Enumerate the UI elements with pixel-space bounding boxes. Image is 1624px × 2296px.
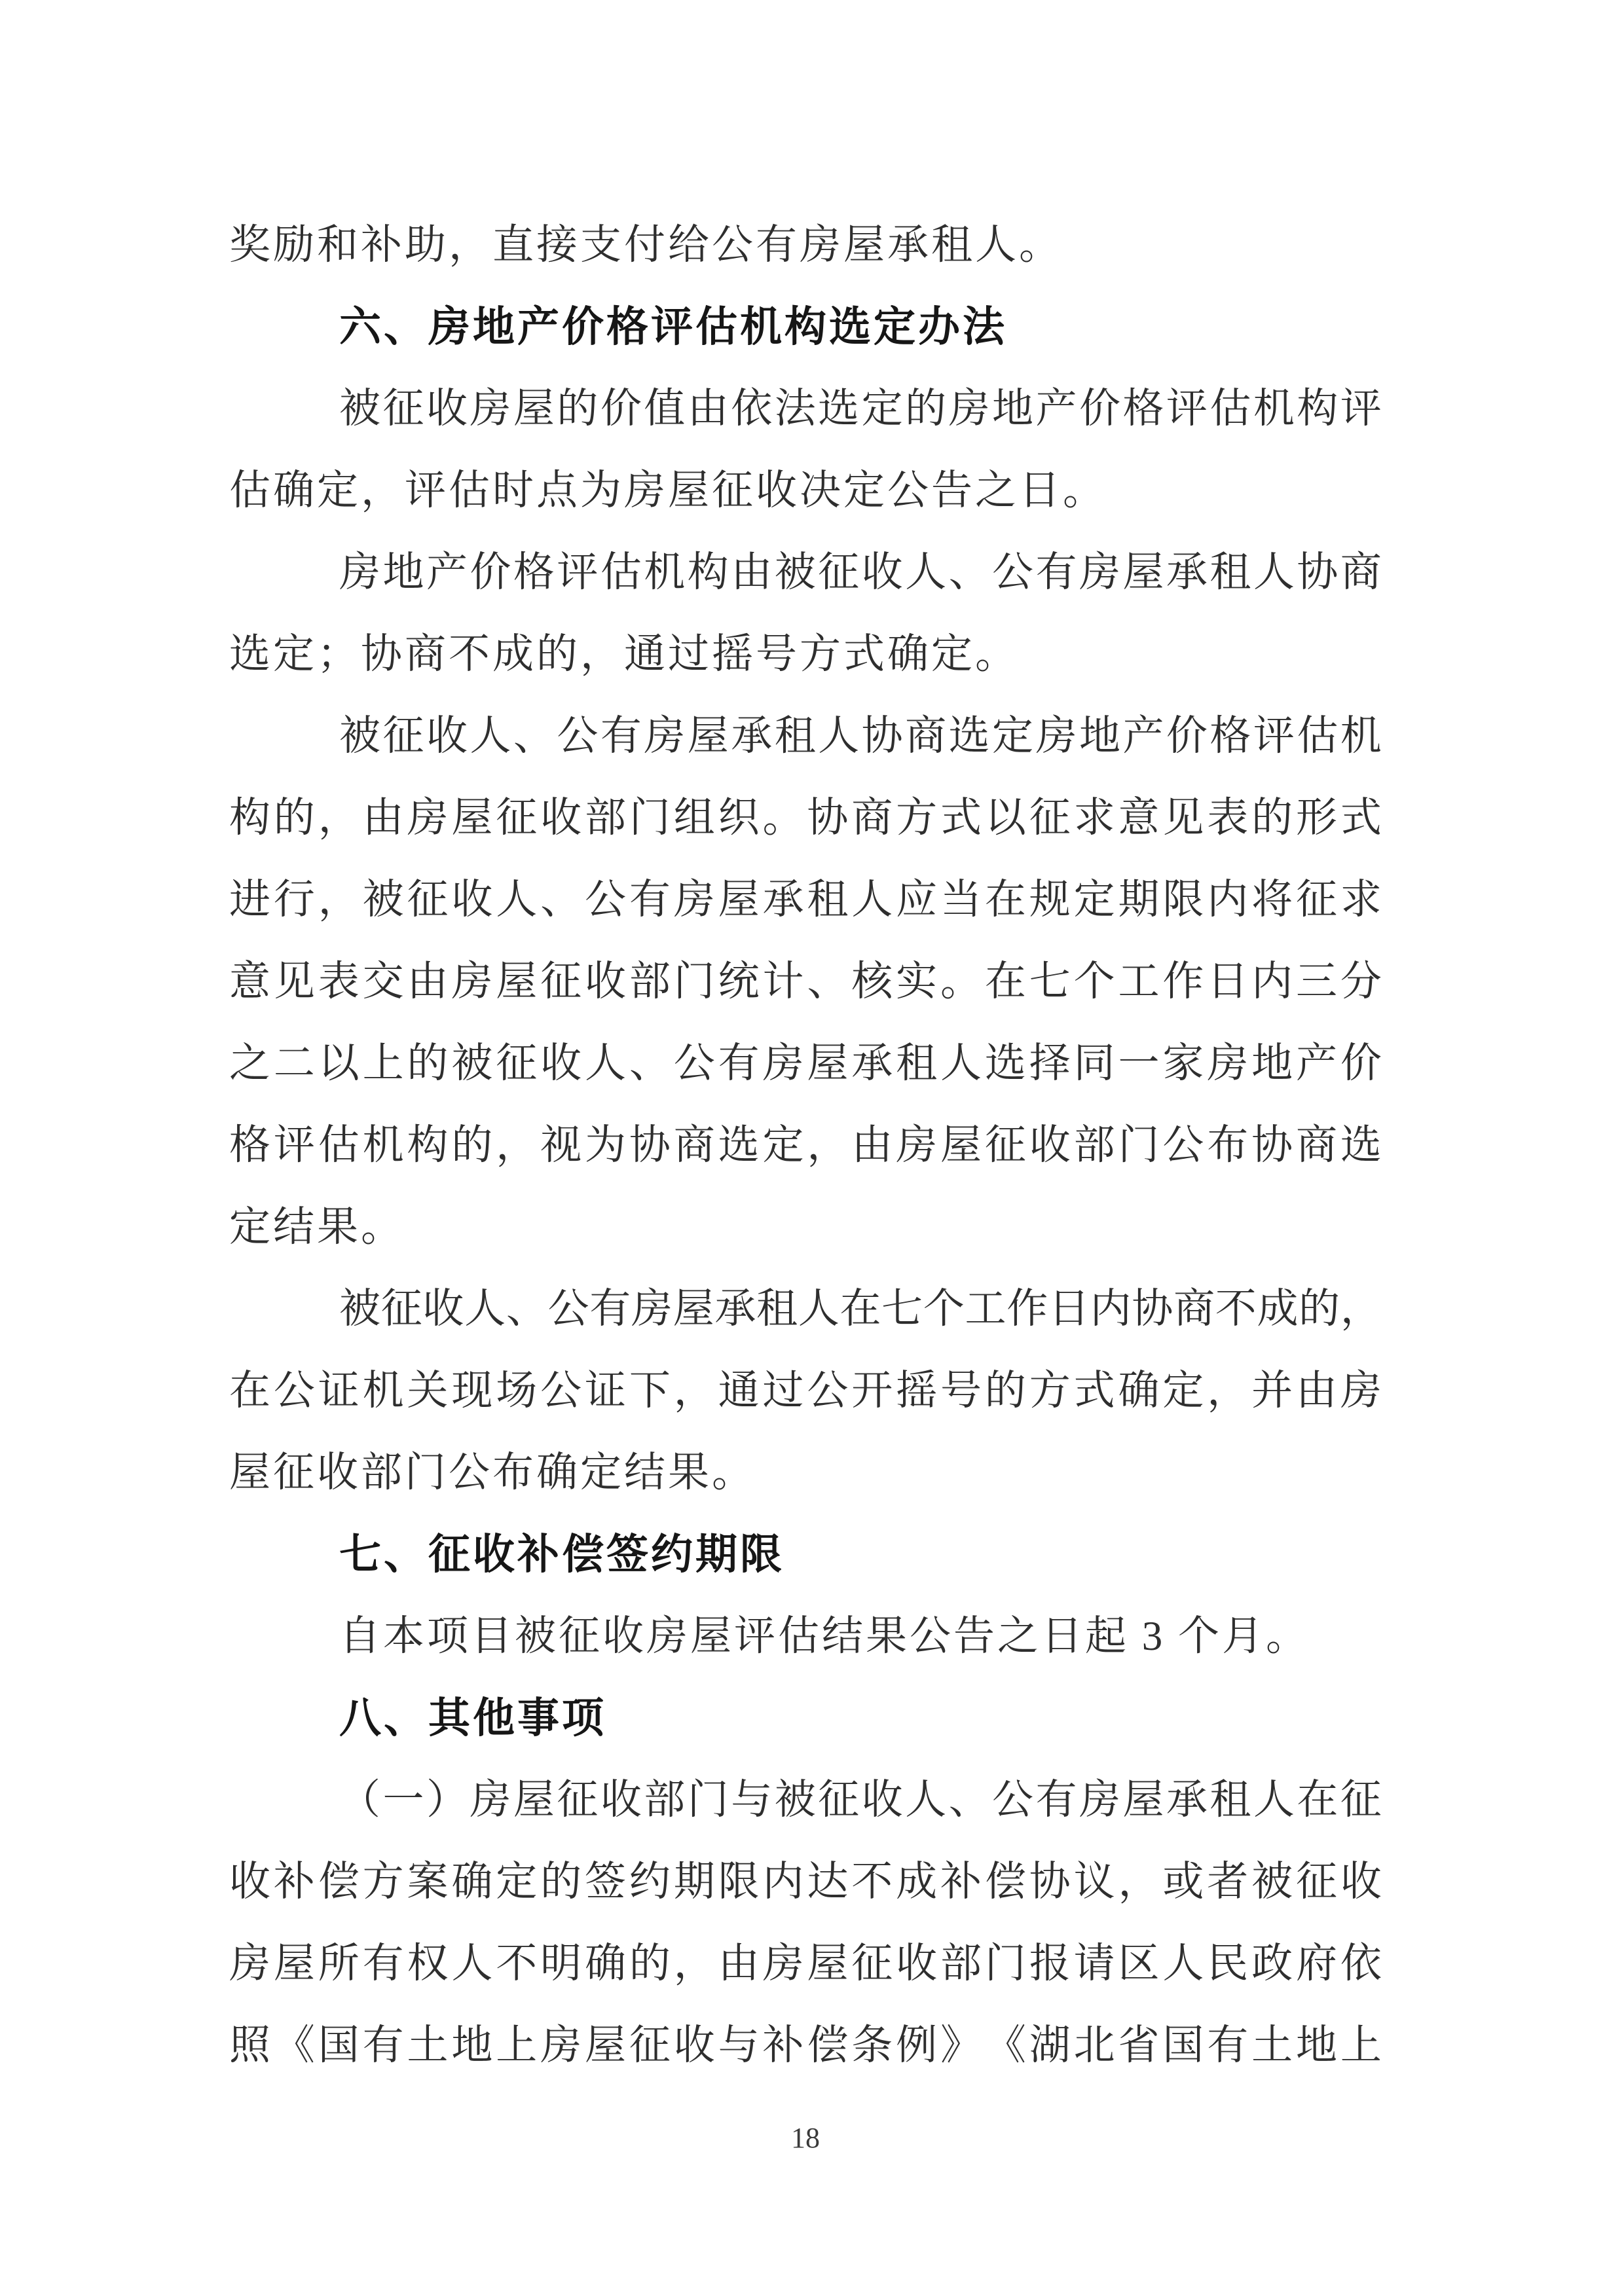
body-line: 房屋所有权人不明确的，由房屋征收部门报请区人民政府依 [229, 1923, 1382, 2005]
body-line: 被征收人、公有房屋承租人协商选定房地产价格评估机 [339, 695, 1382, 777]
character: 或 [1162, 1841, 1204, 1923]
character: 补 [763, 2005, 804, 2086]
character: 商 [1296, 1104, 1337, 1186]
character: 机 [1253, 368, 1295, 450]
character: 进 [229, 859, 270, 941]
character: 确 [585, 1923, 626, 2005]
character: 征 [382, 695, 424, 777]
character: 构 [407, 1104, 449, 1186]
character: 协 [807, 777, 848, 859]
character: 房 [229, 1923, 270, 2005]
character: 分 [1340, 941, 1382, 1023]
character: 式 [940, 777, 982, 859]
character: 评 [557, 532, 598, 613]
character: 偿 [318, 1841, 360, 1923]
character: 房 [763, 1023, 804, 1104]
character: 、 [506, 1268, 547, 1350]
character: 由 [851, 1104, 893, 1186]
character: 有 [363, 1923, 404, 2005]
body-line: （一）房屋征收部门与被征收人、公有房屋承租人在征 [339, 1759, 1382, 1841]
character: 机 [363, 1104, 404, 1186]
character: 人 [905, 532, 946, 613]
character: 确 [451, 1841, 492, 1923]
character: 价 [600, 368, 642, 450]
character: 应 [896, 859, 937, 941]
character: 签 [585, 1841, 626, 1923]
character: 评 [1166, 368, 1208, 450]
character: 部 [585, 777, 626, 859]
character: 收 [540, 1023, 581, 1104]
character: 公 [540, 1350, 581, 1432]
character: 在 [985, 859, 1026, 941]
character: 收 [1340, 1841, 1382, 1923]
character: 机 [1340, 695, 1382, 777]
character: 屋 [513, 1759, 555, 1841]
character: 产 [426, 532, 468, 613]
character: 成 [1257, 1268, 1298, 1350]
character: 评 [1340, 368, 1382, 450]
character: 的 [274, 777, 315, 859]
character: 构 [229, 777, 270, 859]
character: 征 [557, 1759, 598, 1841]
character: 《 [274, 2005, 315, 2086]
character: 征 [540, 941, 581, 1023]
character: 由 [1296, 1350, 1337, 1432]
character: 。 [940, 941, 982, 1023]
character: 有 [718, 1023, 760, 1104]
character: 被 [775, 532, 816, 613]
character: 征 [382, 368, 424, 450]
character: 商 [1340, 532, 1382, 613]
character: 择 [1029, 1023, 1071, 1104]
character: 限 [1162, 859, 1204, 941]
character: 收 [862, 532, 903, 613]
character: 二 [274, 1023, 315, 1104]
character: 的 [557, 368, 598, 450]
character: 同 [1074, 1023, 1115, 1104]
character: 形 [1296, 777, 1337, 859]
character: 机 [363, 1350, 404, 1432]
character: 补 [940, 1841, 982, 1923]
character: 见 [1162, 777, 1204, 859]
character: 表 [1207, 777, 1248, 859]
character: 定 [862, 368, 903, 450]
character: 证 [318, 1350, 360, 1432]
character: 房 [1340, 1350, 1382, 1432]
character: 人 [451, 1923, 492, 2005]
character: 选 [949, 695, 990, 777]
character: 协 [1132, 1268, 1173, 1350]
character: 部 [629, 941, 671, 1023]
character: 房 [674, 859, 715, 941]
character: 公 [1162, 1104, 1204, 1186]
document-body: 奖励和补助，直接支付给公有房屋承租人。六、房地产价格评估机构选定办法被征收房屋的… [229, 204, 1382, 2086]
character: 成 [896, 1841, 937, 1923]
body-line: 在公证机关现场公证下，通过公开摇号的方式确定，并由房 [229, 1350, 1382, 1432]
character: 省 [1118, 2005, 1160, 2086]
character: 组 [674, 777, 715, 859]
character: 地 [1251, 1023, 1293, 1104]
character: 通 [718, 1350, 760, 1432]
character: 土 [407, 2005, 449, 2086]
character: 评 [274, 1104, 315, 1186]
character: 门 [674, 941, 715, 1023]
character: 估 [318, 1104, 360, 1186]
character: 、 [949, 532, 990, 613]
character: 的 [905, 368, 946, 450]
character: 房 [339, 532, 380, 613]
body-line: 估确定，评估时点为房屋征收决定公告之日。 [229, 450, 1382, 532]
character: 。 [763, 777, 804, 859]
character: 明 [540, 1923, 581, 2005]
character: 案 [407, 1841, 449, 1923]
character: 商 [674, 1104, 715, 1186]
character: 土 [1251, 2005, 1293, 2086]
character: 现 [451, 1350, 492, 1432]
character: 地 [1296, 2005, 1337, 2086]
character: 为 [585, 1104, 626, 1186]
character: 评 [1253, 695, 1295, 777]
character: 估 [600, 532, 642, 613]
character: 房 [407, 777, 449, 859]
character: 所 [318, 1923, 360, 2005]
character: 人 [798, 1268, 840, 1350]
character: 屋 [513, 368, 555, 450]
character: 承 [851, 1023, 893, 1104]
character: ， [807, 1104, 848, 1186]
character: 期 [674, 1841, 715, 1923]
character: 上 [496, 2005, 537, 2086]
character: 方 [1029, 1350, 1071, 1432]
character: 证 [585, 1350, 626, 1432]
character: 被 [339, 695, 380, 777]
character: ） [426, 1759, 468, 1841]
character: 实 [896, 941, 937, 1023]
body-line: 被征收房屋的价值由依法选定的房地产价格评估机构评 [339, 368, 1382, 450]
body-line: 进行，被征收人、公有房屋承租人应当在规定期限内将征求 [229, 859, 1382, 941]
character: 有 [1207, 2005, 1248, 2086]
character: 人 [851, 859, 893, 941]
character: 在 [985, 941, 1026, 1023]
character: 房 [763, 1923, 804, 2005]
character: 日 [1207, 941, 1248, 1023]
character: 屋 [451, 777, 492, 859]
character: 协 [1029, 1841, 1071, 1923]
character: 人 [496, 859, 537, 941]
character: 布 [1207, 1104, 1248, 1186]
character: 工 [1118, 941, 1160, 1023]
character: （ [339, 1759, 380, 1841]
character: 公 [557, 695, 598, 777]
character: 征 [496, 1023, 537, 1104]
character: 七 [881, 1268, 923, 1350]
character: 民 [1207, 1923, 1248, 2005]
character: 的 [540, 1841, 581, 1923]
character: 府 [1296, 1923, 1337, 2005]
character: 由 [688, 368, 729, 450]
character: 作 [1162, 941, 1204, 1023]
character: 协 [1251, 1104, 1293, 1186]
character: 人 [1253, 1759, 1295, 1841]
character: 产 [1122, 695, 1164, 777]
character: 期 [1118, 859, 1160, 941]
character: 屋 [673, 1268, 714, 1350]
character: 屋 [807, 1923, 848, 2005]
character: 个 [1074, 941, 1115, 1023]
character: 、 [629, 1023, 671, 1104]
character: 式 [1340, 777, 1382, 859]
character: 视 [540, 1104, 581, 1186]
character: 估 [1209, 368, 1251, 450]
character: 选 [818, 368, 859, 450]
character: 门 [629, 777, 671, 859]
character: 有 [629, 859, 671, 941]
character: 人 [1253, 532, 1295, 613]
character: 协 [1297, 532, 1338, 613]
character: 选 [985, 1023, 1026, 1104]
character: 公 [585, 859, 626, 941]
character: 在 [1297, 1759, 1338, 1841]
character: 被 [1251, 1841, 1293, 1923]
character: 部 [940, 1923, 982, 2005]
body-line: 被征收人、公有房屋承租人在七个工作日内协商不成的， [339, 1268, 1382, 1350]
character: 房 [1079, 532, 1120, 613]
character: 上 [1340, 2005, 1382, 2086]
character: 当 [940, 859, 982, 941]
character: 关 [407, 1350, 449, 1432]
document-page: 奖励和补助，直接支付给公有房屋承租人。六、房地产价格评估机构选定办法被征收房屋的… [0, 0, 1624, 2296]
page-number: 18 [229, 2121, 1382, 2155]
character: 收 [600, 1759, 642, 1841]
character: 被 [451, 1023, 492, 1104]
character: 房 [896, 1104, 937, 1186]
character: 将 [1251, 859, 1293, 941]
character: 征 [1296, 1841, 1337, 1923]
character: 上 [363, 1023, 404, 1104]
character: 公 [807, 1350, 848, 1432]
character: 部 [644, 1759, 685, 1841]
character: 湖 [1029, 2005, 1071, 2086]
character: 门 [985, 1923, 1026, 2005]
character: 、 [949, 1759, 990, 1841]
character: 北 [1074, 2005, 1115, 2086]
character: 约 [629, 1841, 671, 1923]
character: 之 [229, 1023, 270, 1104]
character: 估 [1297, 695, 1338, 777]
character: 的 [451, 1104, 492, 1186]
character: 不 [1215, 1268, 1257, 1350]
character: 公 [992, 532, 1033, 613]
character: 房 [1079, 1759, 1120, 1841]
character: 条 [851, 2005, 893, 2086]
character: ， [318, 777, 360, 859]
character: 定 [496, 1841, 537, 1923]
character: 门 [1118, 1104, 1160, 1186]
character: 收 [422, 1268, 464, 1350]
character: 房 [1207, 1023, 1248, 1104]
character: 七 [1029, 941, 1071, 1023]
character: 核 [851, 941, 893, 1023]
character: 承 [1166, 532, 1208, 613]
character: 下 [629, 1350, 671, 1432]
character: 由 [731, 532, 772, 613]
character: 被 [339, 368, 380, 450]
character: ， [318, 859, 360, 941]
section-heading: 六、房地产价格评估机构选定办法 [229, 286, 1382, 368]
body-line: 自本项目被征收房屋评估结果公告之日起 3 个月。 [229, 1595, 1382, 1677]
character: 人 [818, 695, 859, 777]
character: 人 [585, 1023, 626, 1104]
character: 内 [1251, 941, 1293, 1023]
character: 构 [688, 532, 729, 613]
character: 例 [896, 2005, 937, 2086]
body-line: 构的，由房屋征收部门组织。协商方式以征求意见表的形式 [229, 777, 1382, 859]
character: 者 [1207, 1841, 1248, 1923]
character: 由 [407, 941, 449, 1023]
character: ， [1340, 1268, 1382, 1350]
character: 有 [1036, 1759, 1077, 1841]
character: 收 [426, 368, 468, 450]
character: 内 [1090, 1268, 1132, 1350]
character: 请 [1074, 1923, 1115, 2005]
character: 征 [1296, 859, 1337, 941]
character: 房 [949, 368, 990, 450]
character: 房 [470, 368, 511, 450]
character: 交 [363, 941, 404, 1023]
character: 屋 [1122, 1759, 1164, 1841]
character: 租 [807, 859, 848, 941]
character: 承 [763, 859, 804, 941]
body-line: 奖励和补助，直接支付给公有房屋承租人。 [229, 204, 1382, 286]
character: 方 [896, 777, 937, 859]
character: 商 [851, 777, 893, 859]
character: 屋 [718, 859, 760, 941]
character: 》 [940, 2005, 982, 2086]
character: 屋 [807, 1023, 848, 1104]
character: 在 [840, 1268, 881, 1350]
character: 、 [807, 941, 848, 1023]
character: 人 [940, 1023, 982, 1104]
character: 公 [992, 1759, 1033, 1841]
character: 开 [851, 1350, 893, 1432]
character: 《 [985, 2005, 1026, 2086]
character: 报 [1029, 1923, 1071, 2005]
character: 商 [905, 695, 946, 777]
character: 选 [1340, 1104, 1382, 1186]
character: 的 [1251, 777, 1293, 859]
character: 收 [585, 941, 626, 1023]
character: 人 [905, 1759, 946, 1841]
character: 场 [496, 1350, 537, 1432]
character: 房 [470, 1759, 511, 1841]
character: 计 [763, 941, 804, 1023]
character: ， [496, 1104, 537, 1186]
character: 达 [807, 1841, 848, 1923]
character: 地 [992, 368, 1033, 450]
character: 限 [718, 1841, 760, 1923]
character: 征 [818, 1759, 859, 1841]
character: 征 [629, 2005, 671, 2086]
character: 定 [763, 1104, 804, 1186]
character: 区 [1118, 1923, 1160, 2005]
character: 行 [274, 859, 315, 941]
character: 格 [513, 532, 555, 613]
character: 以 [985, 777, 1026, 859]
character: 征 [1340, 1759, 1382, 1841]
character: 议 [1074, 1841, 1115, 1923]
character: 格 [1122, 368, 1164, 450]
character: 与 [731, 1759, 772, 1841]
body-line: 选定；协商不成的，通过摇号方式确定。 [229, 613, 1382, 695]
character: 地 [451, 2005, 492, 2086]
character: 收 [862, 1759, 903, 1841]
character: 值 [644, 368, 685, 450]
character: ， [674, 1923, 715, 2005]
character: 人 [470, 695, 511, 777]
character: 征 [1029, 777, 1071, 859]
character: 协 [862, 695, 903, 777]
character: 的 [629, 1923, 671, 2005]
character: 收 [1029, 1104, 1071, 1186]
character: 并 [1251, 1350, 1293, 1432]
character: 屋 [496, 941, 537, 1023]
character: 规 [1029, 859, 1071, 941]
character: 租 [756, 1268, 798, 1350]
character: 由 [718, 1923, 760, 2005]
character: 协 [629, 1104, 671, 1186]
character: 价 [1166, 695, 1208, 777]
character: 地 [382, 532, 424, 613]
character: 统 [718, 941, 760, 1023]
character: 见 [274, 941, 315, 1023]
character: 的 [407, 1023, 449, 1104]
character: 与 [718, 2005, 760, 2086]
character: 房 [540, 2005, 581, 2086]
character: 求 [1340, 859, 1382, 941]
character: 政 [1251, 1923, 1293, 2005]
body-line: 意见表交由房屋征收部门统计、核实。在七个工作日内三分 [229, 941, 1382, 1023]
character: 收 [451, 859, 492, 941]
character: 被 [363, 859, 404, 941]
character: 产 [1296, 1023, 1337, 1104]
character: 由 [363, 777, 404, 859]
character: 价 [1340, 1023, 1382, 1104]
character: 补 [274, 1841, 315, 1923]
character: 一 [382, 1759, 424, 1841]
character: 征 [985, 1104, 1026, 1186]
character: 织 [718, 777, 760, 859]
character: 依 [1340, 1923, 1382, 2005]
character: 公 [548, 1268, 589, 1350]
character: 房 [631, 1268, 673, 1350]
character: 屋 [1122, 532, 1164, 613]
character: 承 [731, 695, 772, 777]
character: 确 [1118, 1350, 1160, 1432]
section-heading: 八、其他事项 [229, 1677, 1382, 1759]
character: 征 [407, 859, 449, 941]
character: 在 [229, 1350, 270, 1432]
character: 收 [229, 1841, 270, 1923]
body-line: 之二以上的被征收人、公有房屋承租人选择同一家房地产价 [229, 1023, 1382, 1104]
character: 工 [965, 1268, 1006, 1350]
character: 人 [464, 1268, 506, 1350]
character: 一 [1118, 1023, 1160, 1104]
character: 租 [775, 695, 816, 777]
character: 收 [426, 695, 468, 777]
character: 产 [1036, 368, 1077, 450]
character: 被 [339, 1268, 380, 1350]
character: 作 [1006, 1268, 1048, 1350]
